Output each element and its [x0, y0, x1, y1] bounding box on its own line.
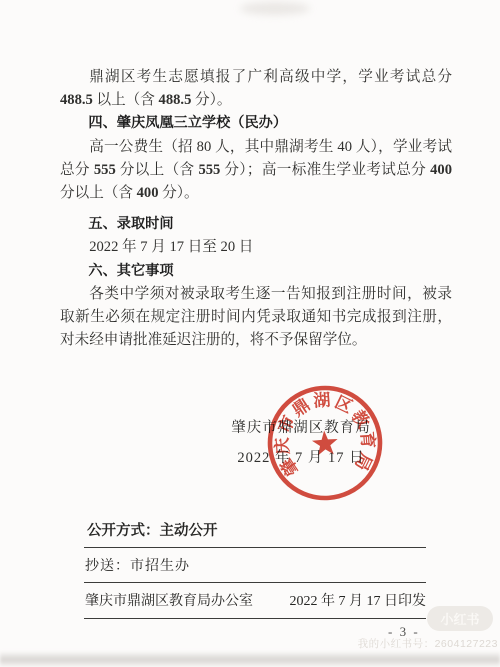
publicity-method-row: 公开方式：主动公开 — [84, 513, 426, 548]
issuing-office-row: 肇庆市鼎湖区教育局办公室 2022 年 7 月 17 日印发 — [84, 583, 426, 619]
document-body: 鼎湖区考生志愿填报了广利高级中学，学业考试总分 488.5 以上（含 488.5… — [60, 66, 452, 352]
issuing-office: 肇庆市鼎湖区教育局办公室 — [85, 590, 253, 610]
body-paragraph: 2022 年 7 月 17 日至 20 日 — [60, 236, 452, 259]
seal-character: 育 — [357, 431, 378, 449]
section-heading: 四、肇庆凤凰三立学校（民办） — [60, 112, 452, 135]
xiaohongshu-logo-watermark: 小红书 — [427, 606, 493, 631]
body-paragraph: 各类中学须对被录取考生逐一告知报到注册时间，被录取新生必须在规定注册时间内凭录取… — [60, 283, 452, 353]
cc-row: 抄送：市招生办 — [84, 548, 426, 583]
watermark-id-text: 我的小红书号：2604127223 — [352, 636, 498, 651]
body-paragraph: 高一公费生（招 80 人，其中鼎湖考生 40 人），学业考试总分 555 分以上… — [60, 136, 452, 206]
xiaohongshu-logo-text: 小红书 — [440, 609, 479, 628]
official-seal: 肇庆市鼎湖区教育局 — [259, 377, 391, 509]
section-heading: 六、其它事项 — [60, 260, 452, 283]
seal-character: 湖 — [313, 389, 331, 410]
photo-bottom-edge — [0, 651, 500, 667]
seal-character: 庆 — [271, 437, 292, 455]
print-date: 2022 年 7 月 17 日印发 — [290, 590, 427, 610]
colophon: 公开方式：主动公开 抄送：市招生办 肇庆市鼎湖区教育局办公室 2022 年 7 … — [84, 513, 426, 619]
scanned-document-page: 鼎湖区考生志愿填报了广利高级中学，学业考试总分 488.5 以上（含 488.5… — [0, 0, 500, 667]
section-heading: 五、录取时间 — [60, 213, 452, 236]
body-paragraph: 鼎湖区考生志愿填报了广利高级中学，学业考试总分 488.5 以上（含 488.5… — [60, 66, 452, 112]
seal-star-icon — [311, 430, 338, 456]
scan-smudge — [240, 2, 310, 15]
